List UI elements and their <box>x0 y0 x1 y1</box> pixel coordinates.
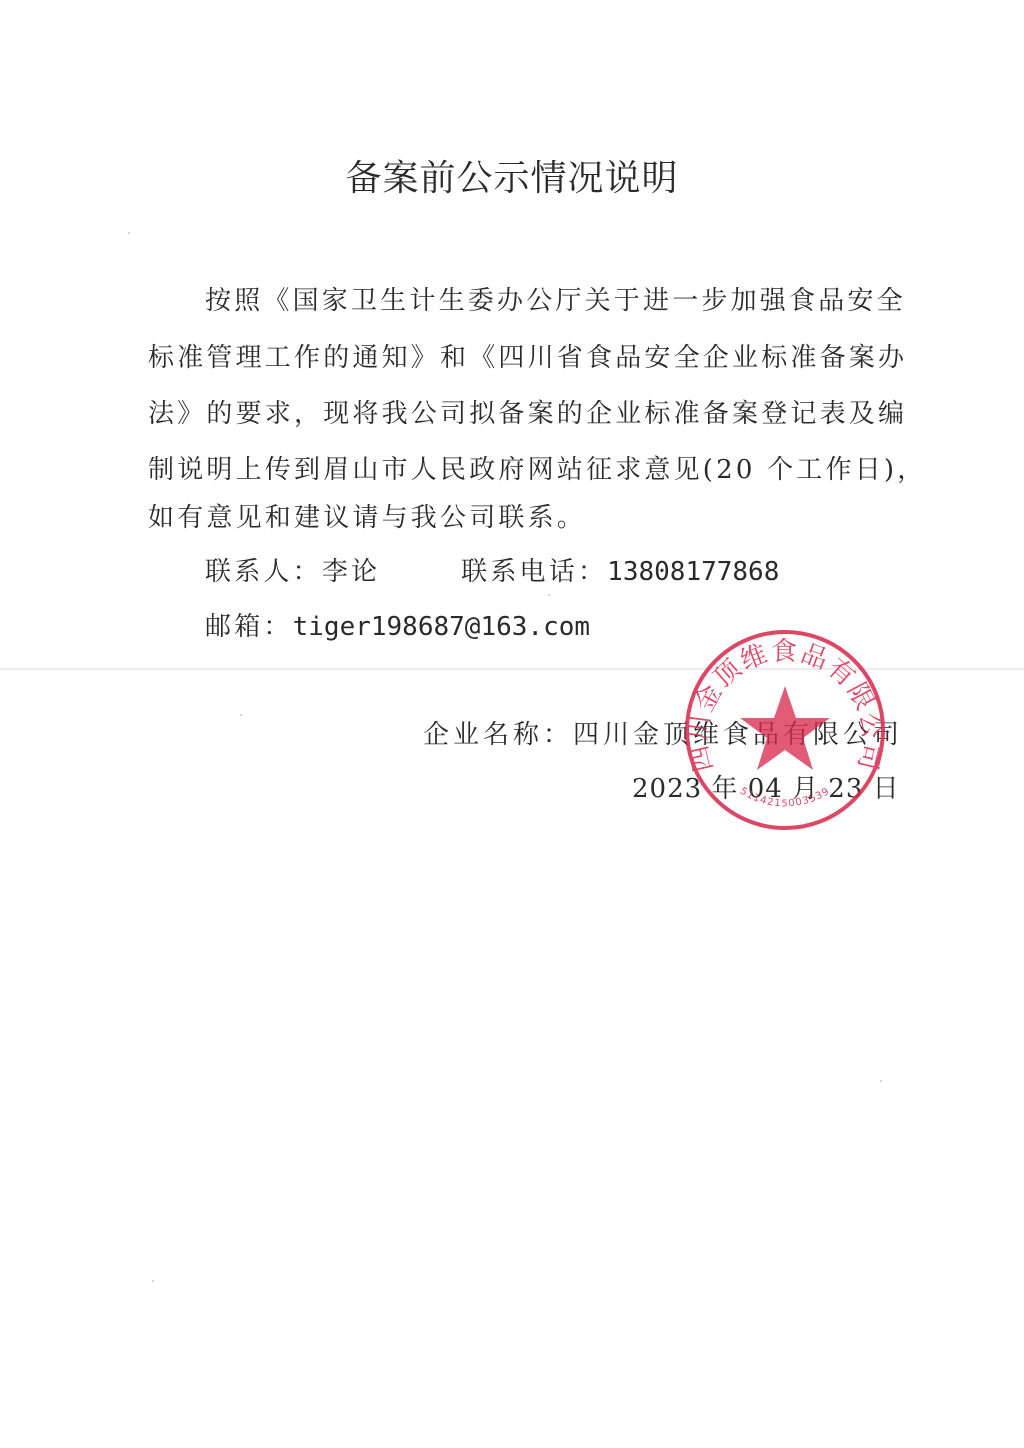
scan-speck <box>152 1280 154 1282</box>
company-seal-stamp: 四川金顶维食品有限公司 5114215003539 <box>683 628 887 832</box>
body-line-1: 按照《国家卫生计生委办公厅关于进一步加强食品安全 <box>205 280 906 317</box>
contact-phone-label: 联系电话： <box>461 557 607 587</box>
body-line-4: 制说明上传到眉山市人民政府网站征求意见(20 个工作日)， <box>148 449 926 486</box>
scan-speck <box>128 232 130 234</box>
scan-speck <box>240 714 242 716</box>
email-line: 邮箱：tiger198687@163.com <box>205 606 590 643</box>
company-label: 企业名称： <box>423 720 573 750</box>
svg-text:5114215003539: 5114215003539 <box>738 786 832 810</box>
document-page: 备案前公示情况说明 按照《国家卫生计生委办公厅关于进一步加强食品安全 标准管理工… <box>0 0 1024 1448</box>
email-value: tiger198687@163.com <box>293 612 590 642</box>
body-line-3: 法》的要求，现将我公司拟备案的企业标准备案登记表及编 <box>148 393 907 430</box>
contact-person-name: 李论 <box>322 557 380 587</box>
scan-speck <box>880 1080 882 1082</box>
body-line-5: 如有意见和建议请与我公司联系。 <box>148 497 586 534</box>
contact-person-label: 联系人： <box>205 557 322 587</box>
contact-phone: 13808177868 <box>607 557 779 587</box>
seal-star-icon <box>740 686 830 770</box>
scan-speck <box>548 594 550 596</box>
contact-line: 联系人：李论 联系电话：13808177868 <box>205 551 779 588</box>
document-title: 备案前公示情况说明 <box>0 150 1024 201</box>
email-label: 邮箱： <box>205 612 293 642</box>
body-line-2: 标准管理工作的通知》和《四川省食品安全企业标准备案办 <box>148 337 907 374</box>
seal-code: 5114215003539 <box>738 786 832 810</box>
